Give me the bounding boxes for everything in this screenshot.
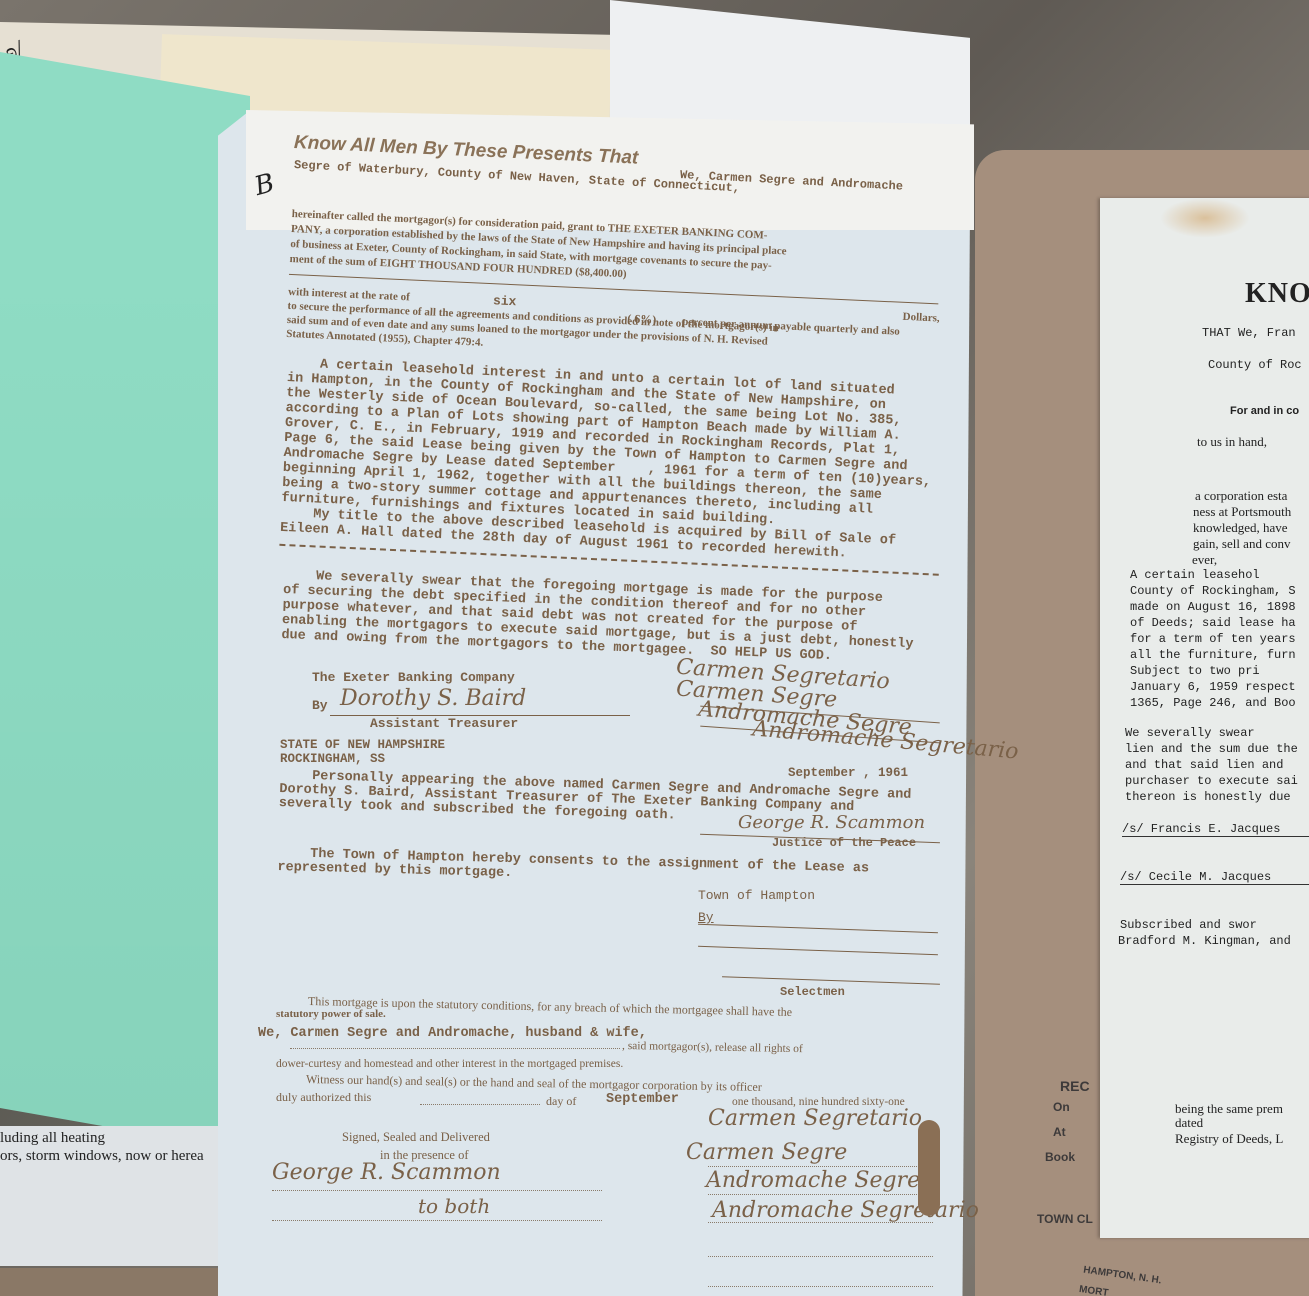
dollars-label: Dollars, <box>902 311 939 325</box>
right-doc-line: gain, sell and conv <box>1193 536 1290 552</box>
bank-officer-signature: Dorothy S. Baird <box>340 686 526 711</box>
release-line: dower-curtesy and homestead and other in… <box>276 1058 623 1070</box>
right-doc-line: For and in co <box>1230 405 1299 417</box>
folder-label: At <box>1053 1125 1066 1139</box>
right-doc-line: Registry of Deeds, L <box>1175 1131 1283 1147</box>
acknowledgment-date: September , 1961 <box>788 766 908 780</box>
right-doc-signer: /s/ Francis E. Jacques <box>1122 822 1309 837</box>
justice-signature: George R. Scammon <box>738 812 925 833</box>
bottom-signature: Carmen Segretario <box>708 1106 922 1131</box>
right-doc-line: January 6, 1959 respect <box>1130 680 1296 694</box>
left-doc-line: ors, storm windows, now or herea <box>0 1148 204 1165</box>
interest-rate-word: six <box>493 293 517 309</box>
right-doc-line: 1365, Page 246, and Boo <box>1130 696 1296 710</box>
right-doc-line: for a term of ten years <box>1130 632 1296 646</box>
bottom-signature: Andromache Segre <box>706 1168 920 1193</box>
right-doc-line: of Deeds; said lease ha <box>1130 616 1296 630</box>
folder-edge <box>0 1268 230 1296</box>
right-doc-line: County of Rockingham, S <box>1130 584 1296 598</box>
witness-date-label: duly authorized this <box>276 1090 371 1105</box>
folder-label: On <box>1053 1100 1070 1114</box>
right-doc-line: and that said lien and <box>1125 758 1283 772</box>
right-doc-line: made on August 16, 1898 <box>1130 600 1296 614</box>
town-label: Town of Hampton <box>698 888 815 903</box>
right-doc-line: Subscribed and swor <box>1120 918 1257 932</box>
green-folder-shade <box>0 250 250 1150</box>
town-by-label: By <box>698 910 714 925</box>
signed-sealed-label: Signed, Sealed and Delivered <box>342 1130 490 1145</box>
right-doc-line: Subject to two pri <box>1130 664 1260 678</box>
right-doc-line: ever, <box>1192 552 1217 568</box>
bank-by-label: By <box>312 698 328 713</box>
witness-signature: George R. Scammon <box>272 1160 501 1185</box>
right-doc-line: all the furniture, furn <box>1130 648 1296 662</box>
right-doc-heading: KNOW <box>1245 278 1309 310</box>
left-doc-line: luding all heating <box>0 1130 105 1147</box>
right-doc-line: lien and the sum due the <box>1125 742 1298 756</box>
witness-to-both: to both <box>418 1194 490 1218</box>
right-doc-line: thereon is honestly due <box>1125 790 1291 804</box>
justice-title: Justice of the Peace <box>772 836 916 850</box>
right-doc-line: dated <box>1175 1115 1203 1131</box>
selectmen-label: Selectmen <box>780 985 845 999</box>
right-doc-line: knowledged, have <box>1193 520 1288 536</box>
folder-label: REC <box>1060 1078 1090 1094</box>
right-deed-document: KNOW THAT We, Fran County of Roc For and… <box>1100 198 1309 1238</box>
right-doc-line: purchaser to execute sai <box>1125 774 1298 788</box>
left-document: luding all heating ors, storm windows, n… <box>0 1126 225 1266</box>
right-doc-line: a corporation esta <box>1195 488 1287 504</box>
bank-name: The Exeter Banking Company <box>312 670 515 685</box>
release-names: We, Carmen Segre and Andromache, husband… <box>258 1026 647 1041</box>
right-doc-line: A certain leasehol <box>1130 568 1260 582</box>
water-stain <box>1160 198 1250 238</box>
right-doc-line: THAT We, Fran <box>1202 326 1296 340</box>
statutory-line: statutory power of sale. <box>276 1008 386 1020</box>
witness-day-of: day of <box>546 1094 576 1109</box>
folder-label: HAMPTON, N. H. <box>1083 1265 1162 1287</box>
right-doc-line: to us in hand, <box>1197 434 1267 450</box>
witness-month: September <box>606 1092 679 1107</box>
state-line: STATE OF NEW HAMPSHIRE <box>280 738 445 752</box>
bottom-signature: Carmen Segre <box>686 1140 847 1165</box>
folder-label: TOWN CL <box>1037 1212 1093 1226</box>
right-doc-line: Bradford M. Kingman, and <box>1118 934 1291 948</box>
right-doc-signer: /s/ Cecile M. Jacques <box>1120 870 1309 885</box>
right-doc-line: ness at Portsmouth <box>1193 504 1291 520</box>
wax-seal <box>918 1120 940 1216</box>
right-doc-line: We severally swear <box>1125 726 1255 740</box>
folder-label: Book <box>1045 1150 1075 1164</box>
bank-officer-title: Assistant Treasurer <box>370 716 518 731</box>
county-line: ROCKINGHAM, SS <box>280 752 385 766</box>
right-doc-line: County of Roc <box>1208 358 1302 372</box>
folder-label: MORT <box>1078 1284 1109 1296</box>
